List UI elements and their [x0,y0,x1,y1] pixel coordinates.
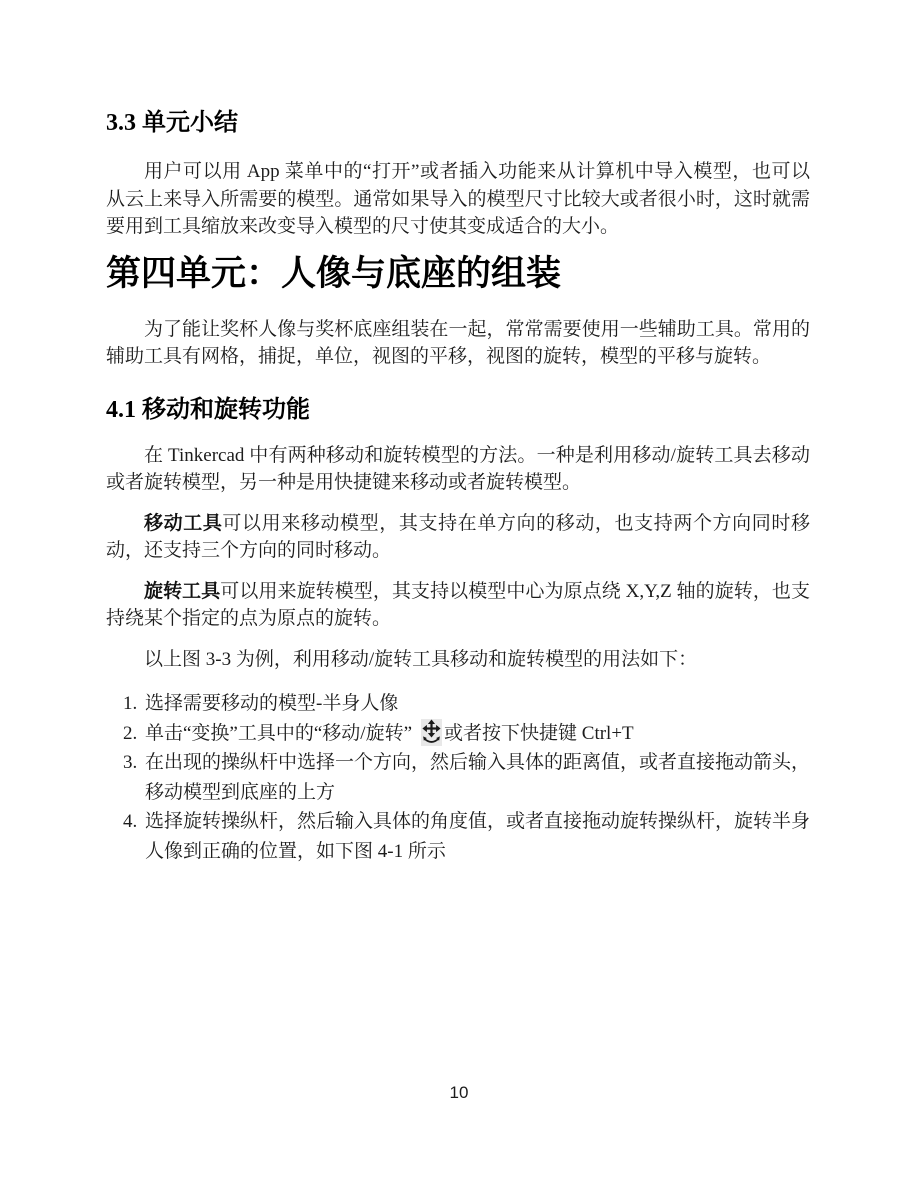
list-item-2: 2. 单击“变换”工具中的“移动/旋转” [123,719,810,749]
list-item-text-before-icon: 单击“变换”工具中的“移动/旋转” [145,723,412,744]
section-heading-3-3: 3.3 单元小结 [106,108,810,138]
list-item-text: 选择旋转操纵杆，然后输入具体的角度值，或者直接拖动旋转操纵杆，旋转半身人像到正确… [145,807,810,866]
rotate-tool-term: 旋转工具 [144,581,220,602]
list-item-number: 4. [123,807,145,837]
page-number: 10 [0,1083,918,1103]
document-content: 3.3 单元小结 用户可以用 App 菜单中的“打开”或者插入功能来从计算机中导… [0,108,918,866]
list-item-text: 在出现的操纵杆中选择一个方向，然后输入具体的距离值，或者直接拖动箭头，移动模型到… [145,748,810,807]
document-page: 3.3 单元小结 用户可以用 App 菜单中的“打开”或者插入功能来从计算机中导… [0,0,918,1188]
paragraph-4-1-intro: 在 Tinkercad 中有两种移动和旋转模型的方法。一种是利用移动/旋转工具去… [106,442,810,497]
section-heading-4-1: 4.1 移动和旋转功能 [106,395,810,425]
move-tool-term: 移动工具 [144,513,222,534]
paragraph-rotate-tool: 旋转工具可以用来旋转模型，其支持以模型中心为原点绕 X,Y,Z 轴的旋转，也支持… [106,578,810,633]
list-item-4: 4. 选择旋转操纵杆，然后输入具体的角度值，或者直接拖动旋转操纵杆，旋转半身人像… [123,807,810,866]
list-item-3: 3. 在出现的操纵杆中选择一个方向，然后输入具体的距离值，或者直接拖动箭头，移动… [123,748,810,807]
list-item-1: 1. 选择需要移动的模型-半身人像 [123,689,810,719]
paragraph-unit3-summary: 用户可以用 App 菜单中的“打开”或者插入功能来从计算机中导入模型，也可以从云… [106,158,810,241]
list-item-number: 3. [123,748,145,778]
list-item-text: 选择需要移动的模型-半身人像 [145,689,810,719]
list-item-text: 单击“变换”工具中的“移动/旋转” [145,719,810,749]
paragraph-move-tool: 移动工具可以用来移动模型，其支持在单方向的移动，也支持两个方向同时移动，还支持三… [106,510,810,565]
chapter-heading-unit4: 第四单元：人像与底座的组装 [106,253,810,295]
list-item-text-after-icon: 或者按下快捷键 Ctrl+T [444,723,634,744]
steps-list: 1. 选择需要移动的模型-半身人像 2. 单击“变换”工具中的“移动/旋转” [106,689,810,866]
list-item-number: 2. [123,719,145,749]
paragraph-unit4-intro: 为了能让奖杯人像与奖杯底座组装在一起，常常需要使用一些辅助工具。常用的辅助工具有… [106,316,810,371]
list-item-number: 1. [123,689,145,719]
paragraph-example-lead: 以上图 3-3 为例，利用移动/旋转工具移动和旋转模型的用法如下： [106,646,810,674]
move-rotate-icon [421,719,442,746]
